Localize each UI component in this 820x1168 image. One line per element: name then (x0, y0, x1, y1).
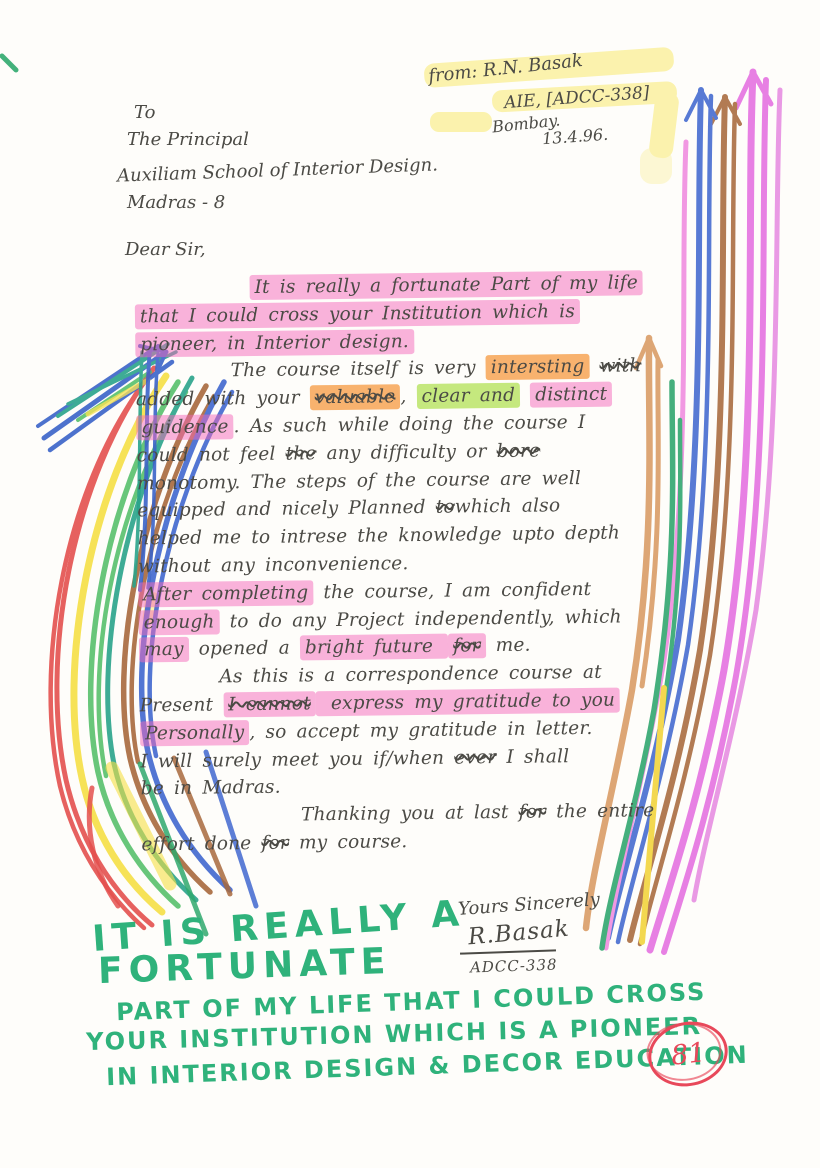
highlighted-text: for (448, 634, 486, 659)
body-text: for (519, 802, 547, 823)
body-text: equipped and nicely Planned (137, 497, 436, 522)
body-text: effort done (141, 833, 261, 855)
body-text: which also (455, 496, 561, 518)
highlighted-text: intersting (486, 354, 590, 380)
body-text: to do any Project independently, which (219, 606, 621, 632)
body-text: added with your (136, 387, 310, 410)
body-text: be in Madras. (141, 777, 281, 800)
marker-note-line: FORTUNATE (97, 941, 392, 992)
highlighted-text: express my gratitude to you (316, 687, 621, 716)
body-text: I shall (496, 746, 569, 768)
body-text: monotomy. The steps of the course are we… (137, 468, 581, 494)
body-text: my course. (289, 831, 408, 853)
body-text (589, 356, 599, 377)
body-text: As this is a correspondence course at (219, 662, 602, 688)
roll-number: ADCC-338 (470, 955, 558, 976)
body-text: to (436, 497, 455, 518)
sender-date: 13.4.96. (541, 125, 608, 149)
body-text: helped me to intrese the knowledge upto … (138, 523, 621, 550)
highlighted-text: guidence (136, 414, 234, 440)
letter-line: effort done for my course. (141, 824, 701, 859)
body-text: , so accept my gratitude in letter. (249, 718, 592, 743)
body-text: I will surely meet you if/when (140, 747, 454, 772)
highlighted-text: may (139, 637, 189, 663)
body-text: with (599, 356, 641, 378)
highlighted-text: It is really a fortunate Part of my life (249, 270, 643, 300)
recipient-to: To (134, 102, 155, 123)
body-text: ever (454, 747, 496, 769)
highlighted-text: enough (139, 609, 220, 635)
body-text: the course, I am confident (313, 579, 591, 603)
sender-from-line: from: R.N. Basak (427, 50, 583, 87)
highlighted-text: that I could cross your Institution whic… (135, 299, 580, 329)
signature-underline (460, 949, 556, 954)
sender-id-line: AIE, [ADCC-338] (503, 83, 650, 113)
highlighted-text: bright future (300, 634, 449, 661)
salutation: Dear Sir, (125, 239, 206, 260)
page-number: 81 (669, 1037, 706, 1071)
highlighted-text: valuable (310, 384, 401, 410)
highlighted-text: After completing (138, 580, 313, 607)
highlighted-text: Personally (140, 720, 250, 746)
valediction: Yours Sincerely (457, 889, 600, 920)
body-text: could not feel (137, 443, 286, 466)
letter-body: It is really a fortunate Part of my life… (134, 269, 701, 860)
body-text: any difficulty or (316, 441, 496, 464)
body-text: Thanking you at last (301, 802, 519, 826)
body-text: without any inconvenience. (138, 553, 409, 577)
body-text: . As such while doing the course I (233, 412, 585, 437)
body-text: , (400, 386, 416, 407)
body-text (520, 385, 530, 406)
highlighted-text: I cannot (223, 691, 316, 717)
letter-page: from: R.N. Basak AIE, [ADCC-338] Bombay.… (0, 0, 820, 1168)
highlighted-text: pioneer, in Interior design. (135, 329, 414, 357)
recipient-title: The Principal (127, 129, 249, 150)
highlighted-text: distinct (530, 382, 612, 408)
recipient-school: Auxiliam School of Interior Design. (117, 154, 438, 186)
recipient-city: Madras - 8 (127, 192, 225, 213)
signature: R.Basak (467, 916, 571, 951)
body-text: me. (486, 635, 531, 657)
body-text: the (285, 443, 316, 464)
body-text: Present (140, 694, 224, 716)
body-text: bore (497, 440, 541, 462)
body-text: opened a (189, 638, 301, 660)
body-text: The course itself is very (231, 358, 486, 382)
highlighted-text: clear and (416, 383, 520, 409)
body-text: the entire (546, 800, 655, 822)
body-text: for (261, 833, 289, 854)
